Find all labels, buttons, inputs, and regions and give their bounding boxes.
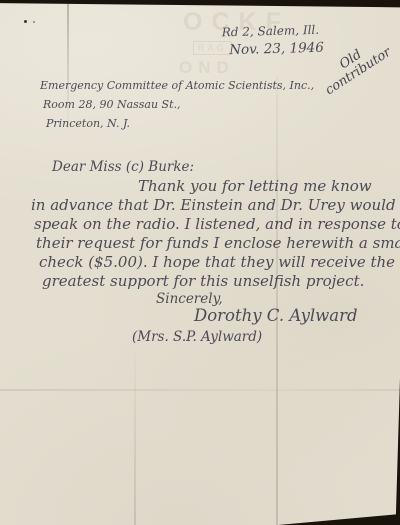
- return-address: Rd 2, Salem, Ill.: [222, 23, 324, 41]
- crease-horizontal: [0, 389, 400, 391]
- body-line-2: in advance that Dr. Einstein and Dr. Ure…: [31, 196, 396, 215]
- crease-vertical-bottom-left: [134, 350, 136, 525]
- body-line-4: their request for funds I enclose herewi…: [36, 234, 400, 253]
- ink-speck: [24, 20, 27, 23]
- ink-speck-small: [33, 21, 35, 23]
- signature-note: (Mrs. S.P. Aylward): [132, 329, 262, 346]
- recipient-line-1: Emergency Committee of Atomic Scientists…: [40, 79, 314, 98]
- body-line-3: speak on the radio. I listened, and in r…: [34, 215, 400, 234]
- return-address-block: Rd 2, Salem, Ill. Nov. 23, 1946: [222, 23, 325, 60]
- crease-vertical-middle: [276, 75, 278, 525]
- recipient-line-2: Room 28, 90 Nassau St.,: [40, 98, 314, 117]
- watermark-text-bottom: OND: [179, 58, 235, 78]
- date-line: Nov. 23, 1946: [222, 40, 324, 60]
- body-line-1: Thank you for letting me know: [138, 177, 372, 196]
- salutation: Dear Miss (c) Burke:: [52, 159, 194, 176]
- recipient-address-block: Emergency Committee of Atomic Scientists…: [40, 79, 314, 136]
- letter-scan: OCKF RAG OND Rd 2, Salem, Ill. Nov. 23, …: [0, 0, 400, 525]
- paper: OCKF RAG OND Rd 2, Salem, Ill. Nov. 23, …: [0, 0, 400, 525]
- body-line-5: check ($5.00). I hope that they will rec…: [39, 253, 395, 272]
- body-line-6: greatest support for this unselfish proj…: [42, 272, 364, 291]
- signature: Dorothy C. Aylward: [194, 306, 358, 327]
- recipient-line-3: Princeton, N. J.: [40, 117, 314, 136]
